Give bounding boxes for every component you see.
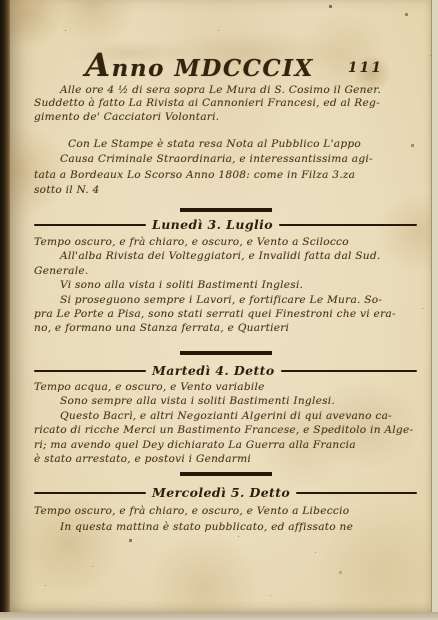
manuscript-line: ricato di ricche Merci un Bastimento Fra… [34,423,417,437]
header-rule-right [279,224,417,226]
header-rule-left [34,370,146,372]
manuscript-line: pra Le Porte a Pisa, sono stati serrati … [34,307,417,321]
header-rule-left [34,492,146,494]
year-heading: Anno MDCCCIX [8,46,391,84]
underlying-page-edge [431,0,438,612]
section-divider [34,208,417,212]
manuscript-line: Alle ore 4 ½ di sera sopra Le Mura di S.… [34,84,417,97]
manuscript-page: 111 Anno MDCCCIX Alle ore 4 ½ di sera so… [10,0,431,612]
section-divider [34,351,417,355]
manuscript-line: sotto il N. 4 [34,183,417,198]
entry-heading: Martedì 4. Detto [152,363,275,378]
scan-background-strip [0,612,438,620]
manuscript-line: Con Le Stampe è stata resa Nota al Pubbl… [34,137,417,152]
manuscript-scan: { "page": { "year_heading": "Anno MDCCCI… [0,0,438,620]
manuscript-line: Vi sono alla vista i soliti Bastimenti I… [34,278,417,292]
foxing-specks [10,0,11,1]
entry-body-lunedi: Tempo oscuro, e frà chiaro, e oscuro, e … [34,235,417,336]
manuscript-line: Causa Criminale Straordinaria, e interes… [34,152,417,167]
book-binding-edge [0,0,10,612]
manuscript-line: Tempo oscuro, e frà chiaro, e oscuro, e … [34,503,417,519]
entry-header-lunedi-3-luglio: Lunedì 3. Luglio [34,217,417,232]
header-rule-left [34,224,146,226]
entry-heading: Mercoledì 5. Detto [152,485,290,500]
manuscript-line: Tempo oscuro, e frà chiaro, e oscuro, e … [34,235,417,249]
manuscript-line: All'alba Rivista dei Volteggiatori, e In… [34,249,417,263]
entry-body-mercoledi: Tempo oscuro, e frà chiaro, e oscuro, e … [34,503,417,535]
manuscript-line: tata a Bordeaux Lo Scorso Anno 1808: com… [34,168,417,183]
manuscript-line: Sono sempre alla vista i soliti Bastimen… [34,394,417,408]
entry-body-martedi: Tempo acqua, e oscuro, e Vento variabile… [34,380,417,466]
manuscript-line: Suddetto à fatto La Rivista ai Cannonier… [34,97,417,110]
manuscript-line: Tempo acqua, e oscuro, e Vento variabile [34,380,417,394]
header-rule-right [296,492,417,494]
manuscript-line: no, e formano una Stanza ferrata, e Quar… [34,321,417,335]
intro-paragraph-2: Con Le Stampe è stata resa Nota al Pubbl… [34,137,417,199]
entry-header-mercoledi-5-detto: Mercoledì 5. Detto [34,485,417,500]
intro-paragraph-1: Alle ore 4 ½ di sera sopra Le Mura di S.… [34,84,417,124]
manuscript-line: Generale. [34,264,417,278]
manuscript-line: è stato arrestato, e postovi i Gendarmi [34,452,417,466]
manuscript-line: Questo Bacrì, e altri Negozianti Algerin… [34,409,417,423]
manuscript-line: gimento de' Cacciatori Volontari. [34,111,417,124]
manuscript-line: ri; ma avendo quel Dey dichiarato La Gue… [34,438,417,452]
section-divider [34,472,417,476]
manuscript-line: Si proseguono sempre i Lavori, e fortifi… [34,293,417,307]
header-rule-right [281,370,417,372]
manuscript-line: In questa mattina è stato pubblicato, ed… [34,519,417,535]
entry-header-martedi-4-detto: Martedì 4. Detto [34,363,417,378]
entry-heading: Lunedì 3. Luglio [152,217,273,232]
